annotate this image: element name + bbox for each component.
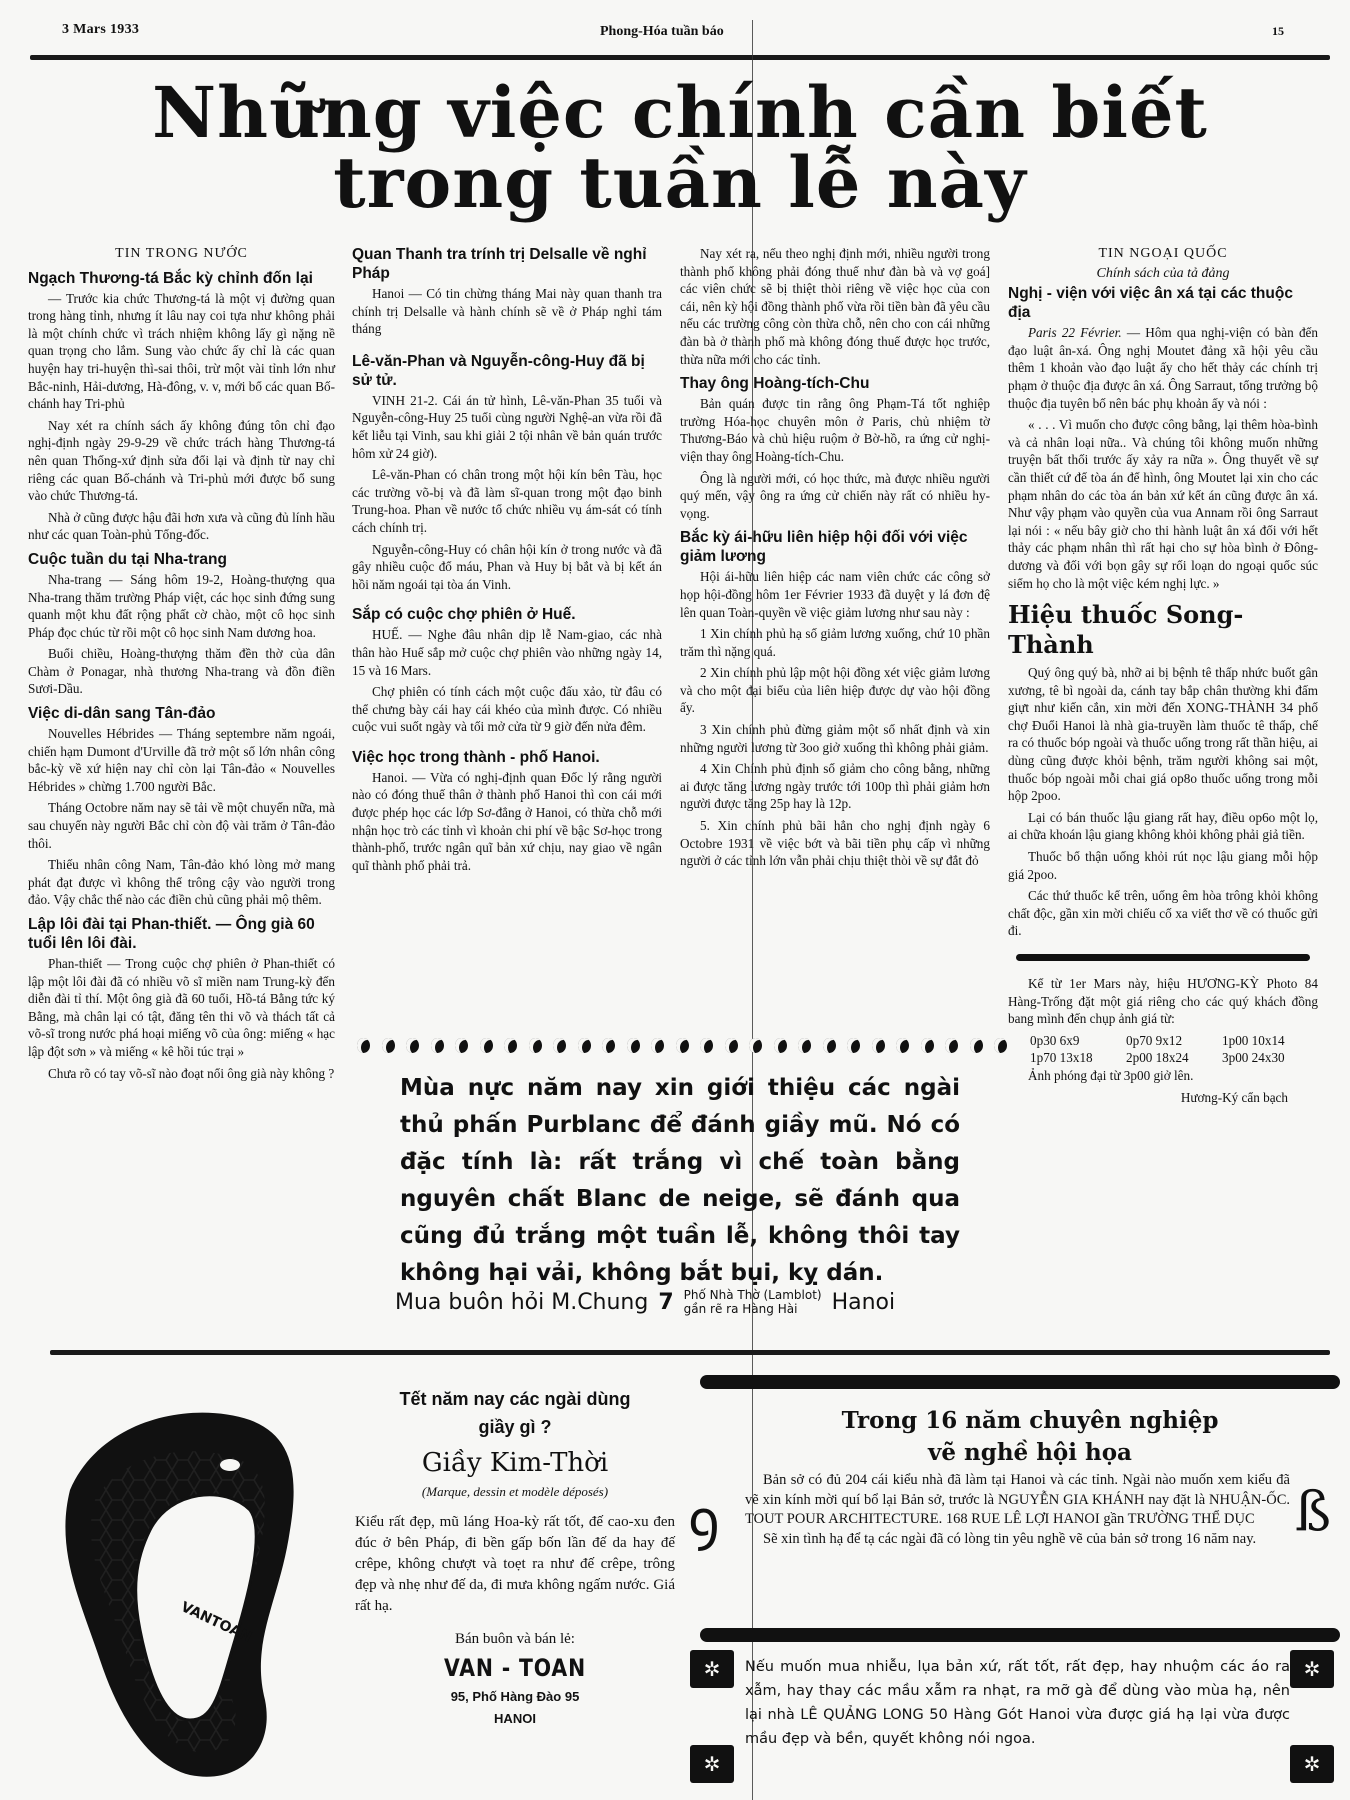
headline-line-1: Những việc chính cần biết	[60, 78, 1300, 148]
ad-paragraph: Thuốc bổ thận uống khỏi rút nọc lậu gian…	[1008, 848, 1318, 883]
section-label: TIN NGOẠI QUỐC	[1008, 245, 1318, 263]
article-paragraph: « . . . Vì muốn cho được công bằng, lại …	[1008, 416, 1318, 592]
decorative-stamp-icon: ✲	[1290, 1745, 1334, 1783]
article-title: Quan Thanh tra trính trị Delsalle về ngh…	[352, 245, 662, 283]
decorative-stamp-icon: ✲	[690, 1745, 734, 1783]
article-paragraph: Ông là người mới, có học thức, mà được n…	[680, 470, 990, 523]
dot-ornament	[700, 1038, 713, 1053]
dot-ornament	[529, 1038, 542, 1053]
dot-ornament	[847, 1038, 860, 1053]
dot-ornament	[627, 1038, 640, 1053]
article-paragraph: HUẾ. — Nghe đâu nhân dịp lễ Nam-giao, cá…	[352, 626, 662, 679]
ad-paragraph: Sẽ xin tình hạ để tạ các ngài đã có lòng…	[745, 1530, 1290, 1550]
dot-ornament	[676, 1038, 689, 1053]
ad-paragraph: Bản sở có đủ 204 cái kiểu nhà đã làm tại…	[745, 1471, 1290, 1530]
dotted-border	[357, 1038, 1007, 1053]
huong-ky-photo-ad: Kể từ 1er Mars này, hiệu HƯƠNG-KỲ Photo …	[1008, 975, 1318, 1106]
seller: Mua buôn hỏi M.Chung	[395, 1290, 648, 1315]
article-paragraph: Thiếu nhân công Nam, Tân-đảo khó lòng mở…	[28, 856, 335, 909]
article-title: Nghị - viện với việc ân xá tại các thuộc…	[1008, 284, 1318, 322]
seller-city: HANOI	[355, 1708, 675, 1730]
article-paragraph: 4 Xin Chính phủ định số giảm cho công bằ…	[680, 760, 990, 813]
article-paragraph: Nay xét ra, nếu theo nghị định mới, nhiề…	[680, 245, 990, 368]
dot-ornament	[798, 1038, 811, 1053]
dot-ornament	[896, 1038, 909, 1053]
song-thanh-pharmacy-ad: Hiệu thuốc Song-Thành Quý ông quý bà, nh…	[1008, 600, 1318, 940]
article-kicker: Chính sách của tả đảng	[1008, 265, 1318, 283]
article-paragraph: Chưa rõ có tay võ-sĩ nào đoạt nổi ông gi…	[28, 1065, 335, 1083]
article-title: Bắc kỳ ái-hữu liên hiệp hội đối với việc…	[680, 528, 990, 566]
article-title: Thay ông Hoàng-tích-Chu	[680, 374, 990, 393]
ad-paragraph: Lại có bán thuốc lậu giang rất hay, điều…	[1008, 809, 1318, 844]
address: Phố Nhà Thờ (Lamblot) gần rẽ ra Hàng Hài	[684, 1288, 822, 1316]
ad-question: Tết năm nay các ngài dùng	[355, 1385, 675, 1413]
article-paragraph: Bản quán được tin rằng ông Phạm-Tá tốt n…	[680, 395, 990, 465]
article-title: Lập lôi đài tại Phan-thiết. — Ông già 60…	[28, 915, 335, 953]
headline-line-2: trong tuần lễ này	[60, 148, 1300, 218]
section-rule	[50, 1350, 1330, 1355]
address-line-1: Phố Nhà Thờ (Lamblot)	[684, 1288, 822, 1302]
article-paragraph: Lê-văn-Phan có chân trong một hội kín bê…	[352, 466, 662, 536]
article-paragraph: 3 Xin chính phủ đừng giảm một số nhất đị…	[680, 721, 990, 756]
article-paragraph: Nhà ở cũng được hậu đãi hơn xưa và cũng …	[28, 509, 335, 544]
architect-ad-title: Trong 16 năm chuyên nghiệp vẽ nghề hội h…	[760, 1405, 1300, 1469]
masthead-rule	[30, 55, 1330, 60]
ad-paragraph: Ảnh phóng đại từ 3p00 giở lên.	[1008, 1067, 1318, 1085]
price-item: 2p00 18x24	[1126, 1049, 1222, 1067]
dot-ornament	[725, 1038, 738, 1053]
address-line-2: gần rẽ ra Hàng Hài	[684, 1302, 798, 1316]
article-paragraph: Chợ phiên có tính cách một cuộc đấu xảo,…	[352, 683, 662, 736]
seller-address: 95, Phố Hàng Đào 95	[355, 1686, 675, 1708]
article-paragraph: Buổi chiều, Hoàng-thượng thăm đền thờ củ…	[28, 645, 335, 698]
ornament-right-icon: ß	[1295, 1480, 1331, 1543]
ad-body: Kiểu rất đẹp, mũ láng Hoa-kỳ rất tốt, đế…	[355, 1512, 675, 1617]
article-paragraph: Hanoi — Có tin chừng tháng Mai này quan …	[352, 285, 662, 338]
article-paragraph: 2 Xin chính phủ lập một hội đồng xét việ…	[680, 664, 990, 717]
section-label: TIN TRONG NƯỚC	[28, 245, 335, 263]
article-title: Việc di-dân sang Tân-đảo	[28, 704, 335, 723]
article-title: Việc học trong thành - phố Hanoi.	[352, 748, 662, 767]
dot-ornament	[994, 1038, 1007, 1053]
article-title: Lê-văn-Phan và Nguyễn-công-Huy đã bị sử …	[352, 352, 662, 390]
article-title: Cuộc tuần du tại Nha-trang	[28, 550, 335, 569]
dot-ornament	[921, 1038, 934, 1053]
issue-date: 3 Mars 1933	[62, 22, 139, 38]
kim-thoi-shoe-ad: Tết năm nay các ngài dùng giầy gì ? Giầy…	[355, 1385, 675, 1730]
wavy-divider	[700, 1375, 1340, 1389]
price-item: 3p00 24x30	[1222, 1049, 1318, 1067]
shoe-illustration-icon: VANTOAN	[40, 1380, 340, 1790]
ad-paragraph: Quý ông quý bà, nhỡ ai bị bệnh tê thấp n…	[1008, 664, 1318, 805]
article-paragraph: VINH 21-2. Cái án tử hình, Lê-văn-Phan 3…	[352, 392, 662, 462]
price-item: 1p00 10x14	[1222, 1032, 1318, 1050]
dot-ornament	[774, 1038, 787, 1053]
price-item: 0p30 6x9	[1030, 1032, 1126, 1050]
wavy-divider	[700, 1628, 1340, 1642]
purblanc-ad-text: Mùa nực năm nay xin giới thiệu các ngài …	[400, 1070, 960, 1292]
article-paragraph: Nha-trang — Sáng hôm 19-2, Hoàng-thượng …	[28, 571, 335, 641]
title-line-2: vẽ nghề hội họa	[760, 1437, 1300, 1469]
dot-ornament	[357, 1038, 370, 1053]
sell-label: Bán buôn và bán lẻ:	[355, 1629, 675, 1650]
dot-ornament	[602, 1038, 615, 1053]
dot-ornament	[504, 1038, 517, 1053]
dot-ornament	[823, 1038, 836, 1053]
article-paragraph: Paris 22 Février. — Hôm qua nghị-viện có…	[1008, 324, 1318, 412]
article-paragraph: Hội ái-hữu liên hiệp các nam viên chức c…	[680, 568, 990, 621]
dot-ornament	[406, 1038, 419, 1053]
article-paragraph: Nguyễn-công-Huy có chân hội kín ở trong …	[352, 541, 662, 594]
dot-ornament	[749, 1038, 762, 1053]
ad-title: Hiệu thuốc Song-Thành	[1008, 600, 1318, 660]
column-domestic-news: TIN TRONG NƯỚC Ngạch Thương-tá Bắc kỳ ch…	[28, 245, 335, 1086]
ad-brand: Giầy Kim-Thời	[355, 1445, 675, 1481]
article-paragraph: 1 Xin chính phủ hạ số giảm lương xuống, …	[680, 625, 990, 660]
trademark-note: (Marque, dessin et modèle déposés)	[355, 1481, 675, 1502]
ad-paragraph: Kể từ 1er Mars này, hiệu HƯƠNG-KỲ Photo …	[1008, 975, 1318, 1028]
ad-question: giầy gì ?	[355, 1413, 675, 1441]
dot-ornament	[480, 1038, 493, 1053]
article-title: Ngạch Thương-tá Bắc kỳ chỉnh đốn lại	[28, 269, 335, 288]
column-news-3: Nay xét ra, nếu theo nghị định mới, nhiề…	[680, 245, 990, 874]
article-paragraph: Nouvelles Hébrides — Tháng septembre năm…	[28, 725, 335, 795]
dot-ornament	[970, 1038, 983, 1053]
dot-ornament	[455, 1038, 468, 1053]
article-paragraph: Phan-thiết — Trong cuộc chợ phiên ở Phan…	[28, 955, 335, 1061]
title-line-1: Trong 16 năm chuyên nghiệp	[760, 1405, 1300, 1437]
dot-ornament	[872, 1038, 885, 1053]
wavy-divider	[1016, 954, 1310, 961]
purblanc-ad-footer: Mua buôn hỏi M.Chung 7 Phố Nhà Thờ (Lamb…	[395, 1288, 955, 1316]
article-paragraph: Tháng Octobre năm nay sẽ tải về một chuy…	[28, 799, 335, 852]
dateline: Paris 22 Février.	[1028, 325, 1122, 340]
article-paragraph: Nay xét ra chính sách ấy không đúng tôn …	[28, 417, 335, 505]
decorative-stamp-icon: ✲	[1290, 1650, 1334, 1688]
page-headline: Những việc chính cần biết trong tuần lễ …	[60, 78, 1300, 218]
ad-paragraph: Các thứ thuốc kể trên, uống êm hòa trông…	[1008, 887, 1318, 940]
architect-ad-body: Bản sở có đủ 204 cái kiểu nhà đã làm tại…	[745, 1471, 1290, 1549]
dot-ornament	[553, 1038, 566, 1053]
dot-ornament	[431, 1038, 444, 1053]
page-number: 15	[1272, 24, 1284, 39]
silk-dye-ad-text: Nếu muốn mua nhiễu, lụa bản xứ, rất tốt,…	[745, 1655, 1290, 1751]
decorative-stamp-icon: ✲	[690, 1650, 734, 1688]
street-number: 7	[658, 1290, 673, 1315]
seller-name: VAN - TOAN	[379, 1650, 651, 1686]
ad-signature: Hương-Ký cẩn bạch	[1008, 1089, 1318, 1107]
article-paragraph: Hanoi. — Vừa có nghị-định quan Đốc lý rằ…	[352, 769, 662, 875]
dot-ornament	[651, 1038, 664, 1053]
article-paragraph: — Trước kia chức Thương-tá là một vị đườ…	[28, 290, 335, 413]
newspaper-title: Phong-Hóa tuần báo	[600, 24, 724, 40]
dot-ornament	[578, 1038, 591, 1053]
price-item: 1p70 13x18	[1030, 1049, 1126, 1067]
article-paragraph: 5. Xin chính phủ bãi hẳn cho nghị định n…	[680, 817, 990, 870]
price-item: 0p70 9x12	[1126, 1032, 1222, 1050]
ornament-left-icon: ꝯ	[688, 1480, 720, 1554]
price-grid: 0p30 6x9 0p70 9x12 1p00 10x14 1p70 13x18…	[1008, 1032, 1318, 1067]
dot-ornament	[945, 1038, 958, 1053]
column-foreign-news: TIN NGOẠI QUỐC Chính sách của tả đảng Ng…	[1008, 245, 1318, 1106]
city: Hanoi	[832, 1290, 896, 1315]
column-news-2: Quan Thanh tra trính trị Delsalle về ngh…	[352, 245, 662, 878]
article-title: Sắp có cuộc chợ phiên ở Huế.	[352, 605, 662, 624]
dot-ornament	[382, 1038, 395, 1053]
